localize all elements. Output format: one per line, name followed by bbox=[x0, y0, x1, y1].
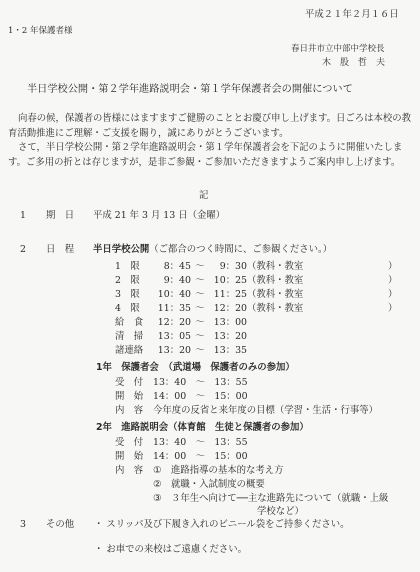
item-number: 2 bbox=[20, 244, 46, 255]
document-title: 半日学校公開・第２学年進路説明会・第１学年保護者会の開催について bbox=[27, 80, 353, 95]
period-row: 2 限9：40～10：25（教科・教室 bbox=[115, 272, 303, 286]
period-row: 清 掃13：05～13：20 bbox=[115, 328, 247, 342]
other-bullet: ・ スリッパ及び下履き入れのビニール袋をご持参ください。 bbox=[94, 519, 350, 530]
item-label: 日 程 bbox=[46, 241, 93, 255]
grade2-reception: 受 付13：40 ～ 13：55 bbox=[115, 434, 248, 448]
sender-name: 木 股 哲 夫 bbox=[322, 55, 385, 68]
grade2-content: 内 容①進路指導の基本的な考え方 bbox=[115, 462, 284, 476]
grade2-content-item: ③３年生へ向けて──主な進路先について（就職・上級 bbox=[153, 490, 388, 504]
item-value: 平成 21 年 3 月 13 日（金曜） bbox=[93, 210, 225, 221]
grade2-content-item: ②就職・入試制度の概要 bbox=[153, 476, 265, 490]
item-label: その他 bbox=[46, 516, 94, 530]
grade1-start: 開 始14：00 ～ 15：00 bbox=[115, 388, 248, 402]
item-number: 3 bbox=[20, 519, 46, 530]
item-other: 3その他・ スリッパ及び下履き入れのビニール袋をご持参ください。 bbox=[20, 516, 350, 530]
grade1-heading: 1年 保護者会 （武道場 保護者のみの参加） bbox=[96, 359, 295, 373]
open-school-heading: 半日学校公開 bbox=[93, 244, 149, 255]
grade2-heading: 2年 進路説明会（体育館 生徒と保護者の参加） bbox=[96, 419, 309, 433]
period-row: 給 食12：20～13：00 bbox=[115, 314, 247, 328]
item-number: 1 bbox=[20, 210, 46, 221]
announcement-paragraph: さて，半日学校公開・第２学年進路説明会・第１学年保護者会を下記のように開催いたし… bbox=[8, 141, 413, 170]
ki-heading: 記 bbox=[199, 187, 208, 201]
item-label: 期 日 bbox=[46, 207, 93, 221]
sender-org: 春日井市立中部中学校長 bbox=[291, 42, 385, 54]
grade2-start: 開 始14：00 ～ 15：00 bbox=[115, 448, 248, 462]
period-row: 4 限11：35～12：20（教科・教室 bbox=[115, 300, 303, 314]
greeting-paragraph: 向春の候，保護者の皆様にはますますご健勝のこととお慶び申し上げます。日ごろは本校… bbox=[8, 112, 413, 141]
grade1-content: 内 容今年度の反省と来年度の目標（学習・生活・行事等） bbox=[115, 402, 378, 416]
other-bullet: ・ お車での来校はご遠慮ください。 bbox=[94, 541, 247, 555]
period-row: 1 限8：45～9：30（教科・教室 bbox=[115, 258, 303, 272]
item-date: 1期 日平成 21 年 3 月 13 日（金曜） bbox=[20, 207, 225, 221]
date: 平成２１年２月１６日 bbox=[305, 6, 399, 20]
addressee: 1・2 年保護者様 bbox=[8, 24, 73, 36]
period-row: 3 限10：40～11：25（教科・教室 bbox=[115, 286, 303, 300]
grade1-reception: 受 付13：40 ～ 13：55 bbox=[115, 374, 248, 388]
item-schedule: 2日 程半日学校公開（ご都合のつく時間に、ご参観ください。） bbox=[20, 241, 332, 255]
grade2-content-item-cont: 学校など） bbox=[257, 503, 304, 517]
open-school-note: （ご都合のつく時間に、ご参観ください。） bbox=[149, 244, 332, 255]
period-row: 諸連絡13：20～13：35 bbox=[115, 342, 247, 356]
